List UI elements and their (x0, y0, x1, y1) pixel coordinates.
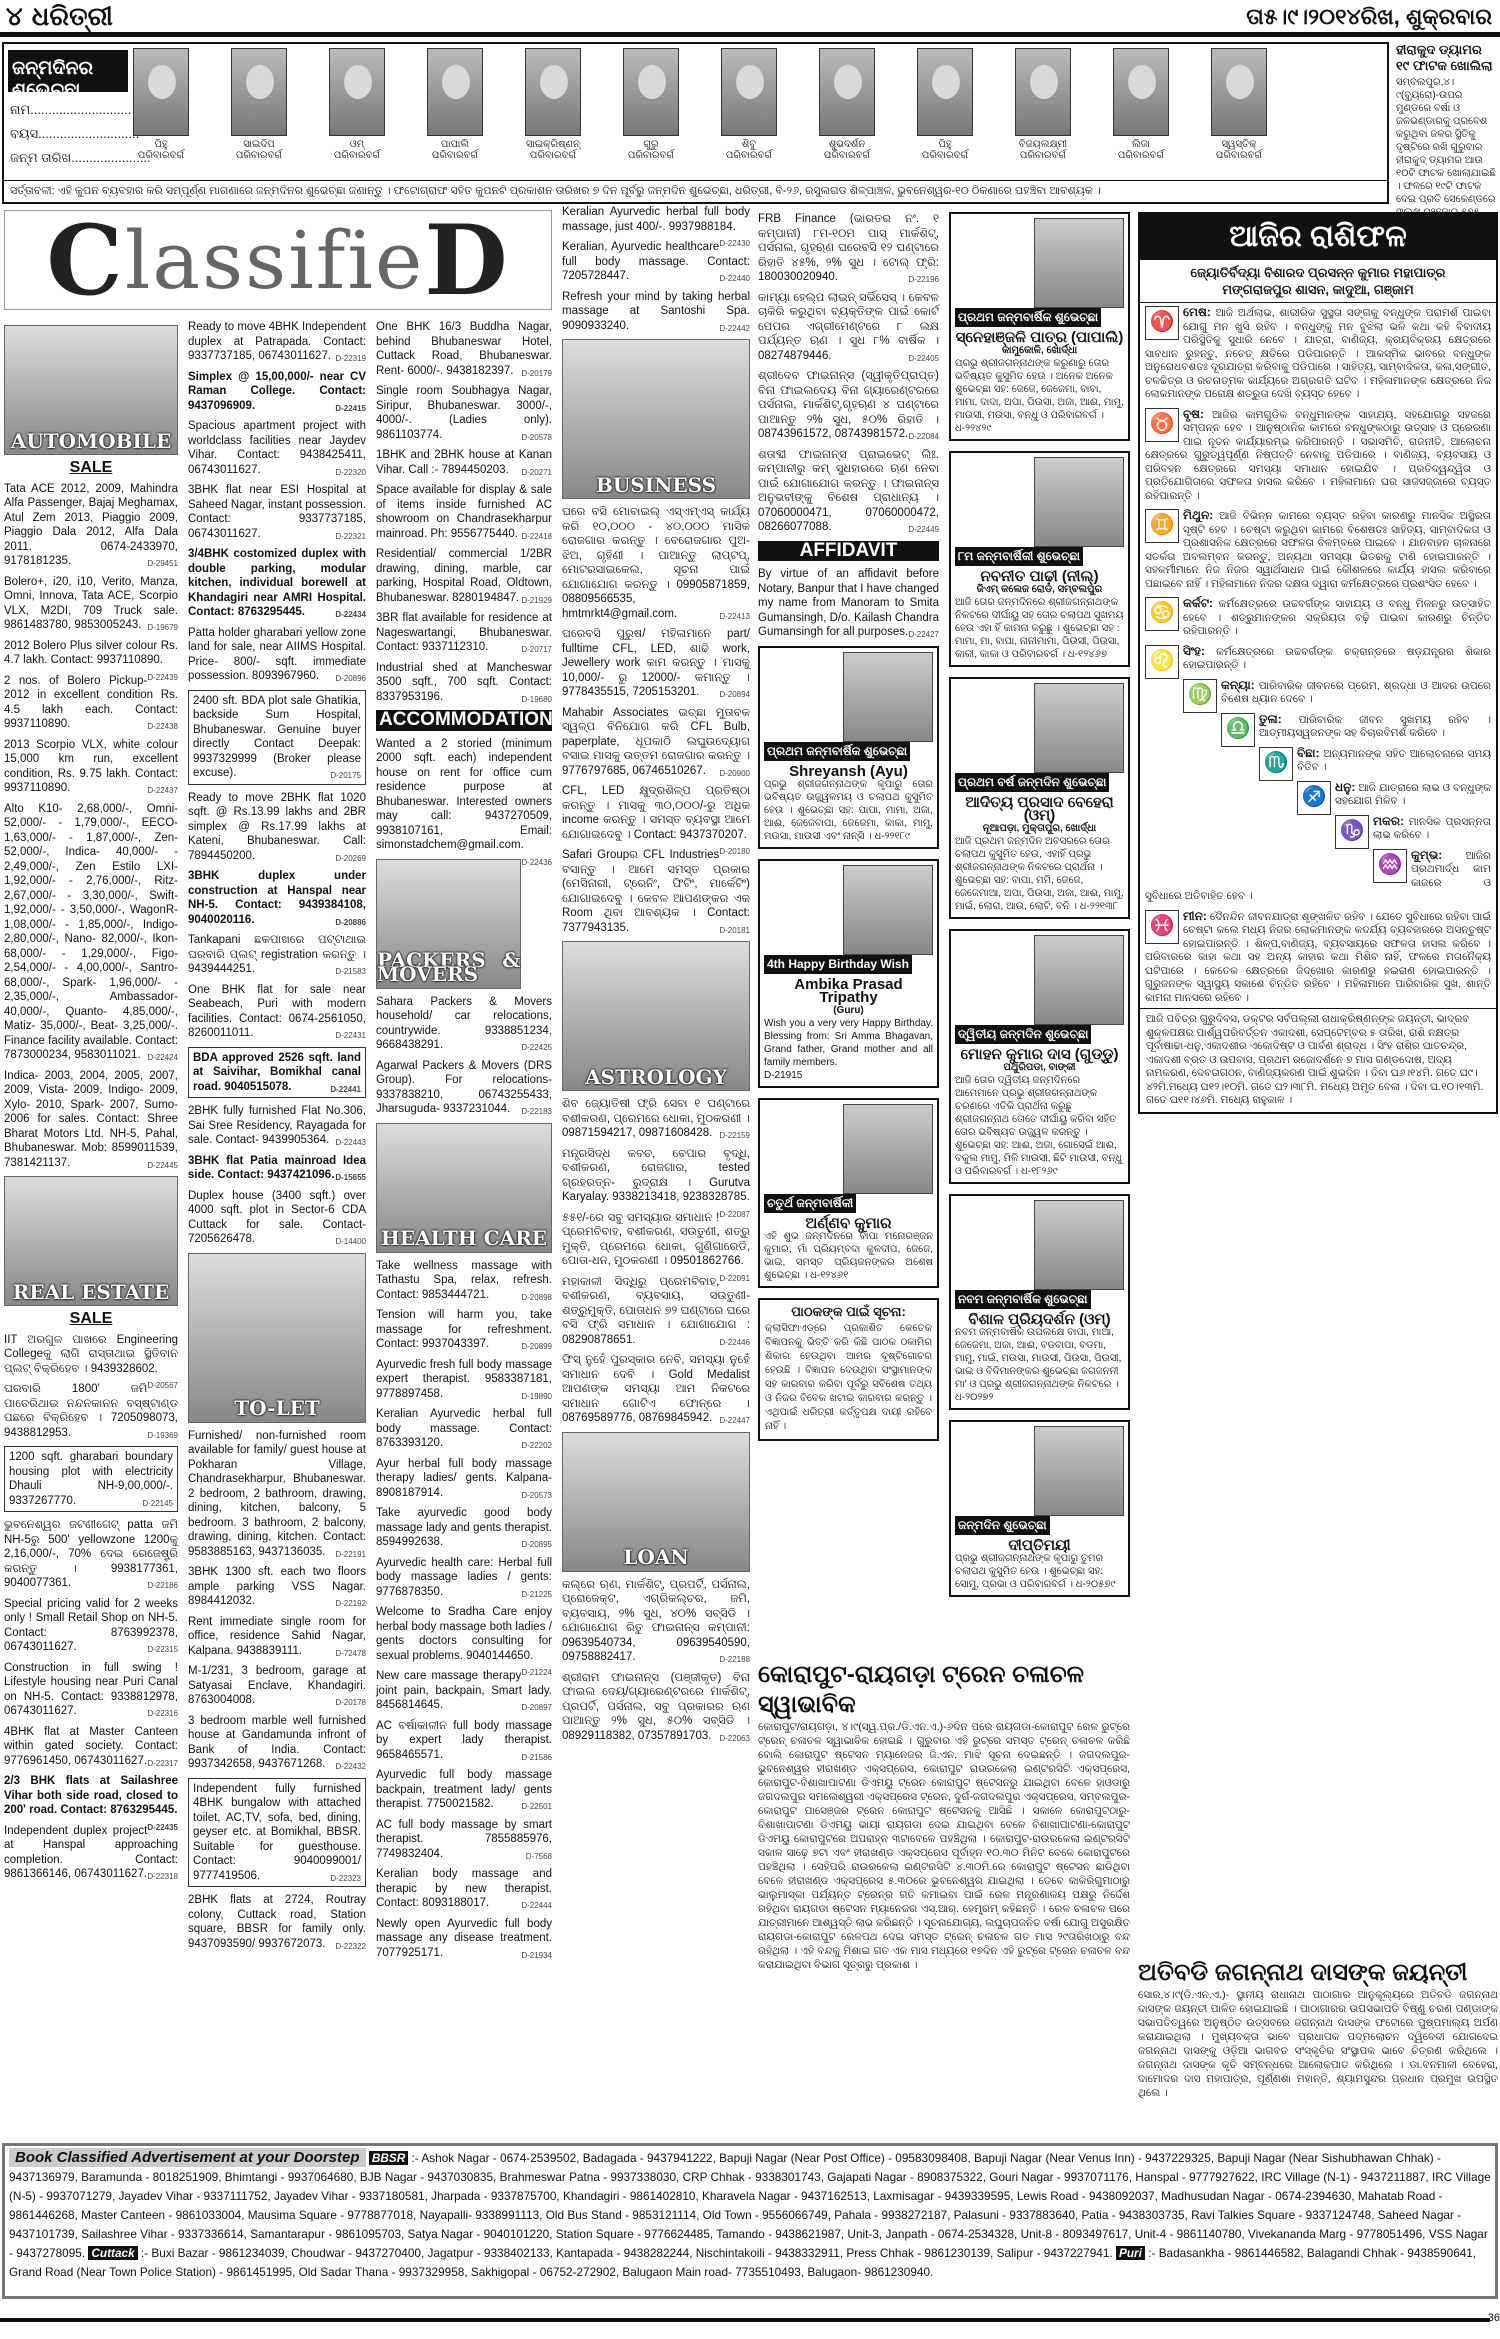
classified-ad: କାମ୍ୟା ହେଲ୍ପ ଲାଇନ୍ ସର୍ଭିସେସ୍ । କେବଳ ଚାକି… (758, 291, 939, 364)
greeting-message: ପ୍ରଭୁ ଶ୍ରୀଜଗନ୍ନାଥଙ୍କ କୃପାରୁ ତୁମର ଚଲାପଥ କ… (955, 1552, 1124, 1591)
kid-family: ପରିବାରବର୍ଗ (628, 150, 674, 161)
notice-title: ପାଠକଙ୍କ ପାଇଁ ସୂଚନା: (765, 1305, 932, 1319)
real-estate-banner: REAL ESTATE (4, 1176, 178, 1306)
greetings-right: ପ୍ରଥମ ଜନ୍ମବାର୍ଷିକ ଶୁଭେଚ୍ଛାସ୍ନେହାଞ୍ଜଳି ପା… (949, 212, 1130, 1607)
ad-code: D-20175 (330, 769, 361, 784)
kid-photo (1015, 48, 1071, 136)
business-ads: ଘରେ ବସି ମୋବାଇଲ୍ ଏସ୍ଏମ୍ଏସ୍ କାର୍ଯ୍ୟ କରି ୧୦… (562, 505, 750, 935)
section-sale-2: SALE (4, 1312, 178, 1327)
classified-ad: Single room Soubhagya Nagar, Siripur, Bh… (376, 384, 552, 442)
ad-text: ଘରେ ବସି ମୋବାଇଲ୍ ଏସ୍ଏମ୍ଏସ୍ କାର୍ଯ୍ୟ କରି ୧୦… (562, 506, 750, 620)
kid-family: ପରିବାରବର୍ଗ (824, 150, 870, 161)
automobile-ads: Tata ACE 2012, 2009, Mahindra Alfa Passe… (4, 482, 178, 1171)
coupon-terms: ସର୍ତ୍ତାବଳୀ: ଏହି କୁପନ ବ୍ୟବହାର କରି ସମ୍ପୂର୍… (4, 180, 1387, 202)
classified-ad: ଭୁବନେଶ୍ୱର ଜଟଣୀଗେଟ୍ patta ଜମି NH-5ରୁ 500'… (4, 1518, 178, 1591)
kid-card: ସାଇକ୍ରିଷ୍ଣନ୍ପରିବାରବର୍ଗ (524, 48, 582, 172)
classified-ad: ଶ୍ରୀଦେବ ଫାଇନାନ୍ସ (ସ୍ୱୀକୃତିପ୍ରାପ୍ତ) ବିନା … (758, 369, 939, 442)
classified-ad: Patta holder gharabari yellow zone land … (188, 626, 366, 684)
logo-d: D (424, 204, 509, 317)
kid-photo (1211, 48, 1267, 136)
coupon-title: ଜନ୍ମଦିନର ଶୁଭେଚ୍ଛା (8, 50, 128, 92)
ad-code: D-19680 (521, 693, 552, 708)
ad-code: D-22425 (521, 1041, 552, 1056)
ad-text: Welcome to Sradha Care enjoy herbal body… (376, 1606, 552, 1662)
classified-ad: Ready to move 4BHK Independent duplex at… (188, 320, 366, 364)
ad-code: D-22501 (521, 1800, 552, 1815)
classified-ad: Newly open Ayurvedic full body massage a… (376, 1917, 552, 1961)
notice-text: କ୍ଲାସିଫାଏଡ୍‌ରେ ପ୍ରକାଶିତ କେତେକ ବିଜ୍ଞାପନକୁ… (765, 1322, 932, 1434)
booking-box: Book Classified Advertisement at your Do… (2, 2143, 1498, 2299)
to-let-banner: TO-LET (188, 1253, 366, 1423)
greeting-message: ପ୍ରଭୁ ଶ୍ରୀଜଗନ୍ନାଥଙ୍କ କରୁଣାରୁ ତୋର ଭବିଷ୍ୟତ… (955, 357, 1124, 435)
packers-ads: Sahara Packers & Movers household/ car r… (376, 995, 552, 1117)
ad-text: IIT ଅରଗୁଳ ପାଖରେ Engineering Collegeକୁ ଲା… (4, 1334, 178, 1375)
classified-ad: ଫିସ୍ ନୁହେଁ ପୁରସ୍କାର ନେବି, ସମସ୍ୟା ନୁହେଁ ସ… (562, 1353, 750, 1426)
greeting-tag: ପ୍ରଥମ ଜନ୍ମବାର୍ଷିକ ଶୁଭେଚ୍ଛା (955, 308, 1101, 327)
column-tolet-3: One BHK 16/3 Buddha Nagar, behind Bhuban… (376, 320, 552, 1966)
ad-code: D-19369 (147, 1429, 178, 1444)
page-header: ୪ ଧରିତ୍ରୀ ତା୫।୯।୨୦୧୪ରିଖ, ଶୁକ୍ରବାର (0, 0, 1500, 34)
ad-code: D-22431 (335, 1029, 366, 1044)
classified-ad: CFL, LED କ୍ଷୁଦ୍ରଶିଳ୍ପ ପ୍ରତିଷ୍ଠା କରନ୍ତୁ ।… (562, 784, 750, 842)
greeting-photo (1034, 457, 1124, 547)
ad-code: D-22430 (719, 237, 750, 252)
ad-code: D-22321 (335, 530, 366, 545)
ad-code: D-22446 (719, 1336, 750, 1351)
kid-family: ପରିବାରବର୍ଗ (1216, 150, 1262, 161)
kid-name: ଓମ୍ (350, 139, 364, 150)
zodiac-entry: ♎ତୁଳା: ପାରିବାରିକ ଜୀବନ ସୁଖମୟ ରହିବ । ଆତ୍ମୀ… (1140, 710, 1496, 744)
classified-ad: AC ବର୍ଷାକାଳୀନ full body massage by exper… (376, 1719, 552, 1763)
greeting-photo (1034, 1426, 1124, 1516)
classified-ad: AC full body massage by smart therapist.… (376, 1818, 552, 1862)
finance-ads: FRB Finance (ଭାରତର ନଂ. ୧ କମ୍ପାନୀ) ୮ମ-୧୦ମ… (758, 212, 939, 535)
ad-code: D-7568 (526, 1850, 552, 1865)
ad-code: D-22432 (335, 1760, 366, 1775)
ad-code: D-20269 (335, 852, 366, 867)
zodiac-name: ମିଥୁନ: (1183, 508, 1213, 522)
ad-code: D-22418 (521, 530, 552, 545)
kid-card: ଶୁଭଦର୍ଶନପରିବାରବର୍ଗ (818, 48, 876, 172)
business-banner: BUSINESS (562, 339, 750, 499)
kid-card: ସାଇଦିପପରିବାରବର୍ଗ (230, 48, 288, 172)
zodiac-name: ତୁଳା: (1259, 712, 1282, 726)
ad-text: ଶତାବ୍ଦୀ ଫାଇନାନ୍ସ ପ୍ରାଇଭେଟ୍ ଲିଃ. କମ୍ପାନୀର… (758, 449, 939, 534)
kid-family: ପରିବାରବର୍ଗ (726, 150, 772, 161)
greeting-name: Ambika Prasad Tripathy (764, 974, 933, 1004)
ad-text: କଲ୍‌ରେ ଋଣ, ମାର୍କଶିଟ୍, ପ୍ରପର୍ଟି, ପର୍ସନାଲ,… (562, 1579, 750, 1664)
ad-code: D-22191 (335, 1548, 366, 1563)
kid-card: ଓମ୍ପରିବାରବର୍ଗ (328, 48, 386, 172)
classified-ad: Furnished/ non-furnished room available … (188, 1429, 366, 1560)
ad-text: 2400 sft. BDA plot sale Ghatikia, backsi… (193, 695, 361, 780)
ad-text: 2012 Bolero Plus silver colour Rs. 4.7 l… (4, 640, 178, 667)
news-body: କୋରାପୁଟ/ରାୟଗଡ଼ା, ୪।୯(ସ୍ୱ.ପ୍ର./ଡି.ଏନ.ଏ.)-… (758, 1720, 1130, 1972)
finance-column: FRB Finance (ଭାରତର ନଂ. ୧ କମ୍ପାନୀ) ୮ମ-୧୦ମ… (758, 212, 939, 1607)
ad-code: D-15655 (335, 1171, 366, 1186)
classified-ad: କଲ୍‌ରେ ଋଣ, ମାର୍କଶିଟ୍, ପ୍ରପର୍ଟି, ପର୍ସନାଲ,… (562, 1578, 750, 1665)
kid-family: ପରିବାରବର୍ଗ (432, 150, 478, 161)
greeting-photo (1034, 935, 1124, 1025)
zodiac-name: ମେଷ: (1183, 305, 1211, 319)
classified-ad: 3BR flat available for residence at Nage… (376, 611, 552, 655)
ad-text: ମନ୍ତ୍ରସିଦ୍ଧ କବଚ, ବେପାର ବୃଦ୍ଧି, ବଶୀକରଣ, ର… (562, 1148, 750, 1204)
ad-code: D-14400 (335, 1235, 366, 1250)
zodiac-text: କର୍ମକ୍ଷେତ୍ରରେ ଉଚ୍ଚବର୍ଗଙ୍କ ଚକ୍ରାନ୍ତରେ ଷଡ଼… (1183, 646, 1491, 672)
ad-code: D-20886 (335, 916, 366, 931)
astrologer-info: ଜ୍ୟୋତିର୍ବିଦ୍ୟା ବିଶାରଦ ପ୍ରସନ୍ନ କୁମାର ମହାପ… (1140, 260, 1496, 303)
ad-code: D-22320 (335, 466, 366, 481)
booking-title: Book Classified Advertisement at your Do… (9, 2148, 366, 2167)
news-headline: କୋରାପୁଟ-ରାୟଗଡ଼ା ଟ୍ରେନ ଚଳାଚଳ ସ୍ୱାଭାବିକ (758, 1660, 1130, 1720)
classified-ad: Welcome to Sradha Care enjoy herbal body… (376, 1605, 552, 1663)
ad-code: D-22319 (335, 352, 366, 367)
greeting-name: ଅର୍ଣ୍ଣବ କୁମାର (764, 1213, 933, 1230)
classified-ad: 3 bedroom marble well furnished house at… (188, 1714, 366, 1772)
ad-code: D-22424 (147, 1051, 178, 1066)
ad-code: D-20567 (147, 1379, 178, 1394)
ad-code: D-20271 (521, 466, 552, 481)
classified-ad: Construction in full swing ! Lifestyle h… (4, 1661, 178, 1719)
zodiac-entry: ♑ମକର: ମାନସିକ ପ୍ରସନ୍ନତା ଲାଭ କରିବେ । (1140, 812, 1496, 846)
astrologer-address: ମଙ୍ଗରାଜପୁର ଶାସନ, କାଦୁଆ, ଗଞ୍ଜାମ (1144, 281, 1492, 298)
classified-ad: Ayurvedic full body massage backpain, tr… (376, 1768, 552, 1812)
zodiac-list: ♈ମେଷ: ଆଜି ଅର୍ଥଲାଭ, ଶାରୀରିକ ସୁସ୍ଥତା ସଙ୍ଗକ… (1140, 303, 1496, 1008)
ad-code: D-22413 (719, 610, 750, 625)
coupon-field-name: ନାମ............................ (10, 102, 131, 118)
kid-name: ଗୁରୁ (643, 139, 658, 150)
zodiac-entry: ♐ଧନୁ: ଆଜି ଯାତ୍ରାରେ ଲାଭ ଓ ବନ୍ଧୁଙ୍କ ସହଯୋଗ … (1140, 778, 1496, 812)
classified-ad: Safari Groupର CFL Industries ବସାନ୍ତୁ । ଆ… (562, 848, 750, 935)
rashifal-title: ଆଜିର ରାଶିଫଳ (1140, 214, 1496, 260)
zodiac-icon: ♎ (1221, 713, 1255, 747)
ad-code: D-20894 (719, 688, 750, 703)
region-tag-cuttack: Cuttack (88, 2246, 137, 2260)
astrology-banner: ASTROLOGY (562, 941, 750, 1091)
kid-card: ପାପାଲିପରିବାରବର୍ଗ (426, 48, 484, 172)
ad-code: D-20896 (335, 672, 366, 687)
classified-ad: Special pricing valid for 2 weeks only !… (4, 1597, 178, 1655)
zodiac-icon: ♊ (1145, 509, 1179, 543)
greeting-location: ନୂଆପଡ଼ା, ମୁକ୍ତାପୁର, ଖୋର୍ଦ୍ଧା (955, 822, 1124, 835)
ad-code: D-22145 (142, 1497, 173, 1512)
ad-code: D-22087 (719, 1208, 750, 1223)
ad-code: D-22442 (719, 322, 750, 337)
ad-code: D-19679 (147, 621, 178, 636)
ad-code: D-29451 (147, 557, 178, 572)
greeting-tag: 4th Happy Birthday Wish (764, 955, 912, 974)
greeting-photo (843, 652, 933, 742)
ad-code: D-22434 (335, 608, 366, 623)
classified-ad: Keralian body massage and therapic by ne… (376, 1867, 552, 1911)
ad-code: D-20578 (521, 431, 552, 446)
greeting-card: ଚତୁର୍ଥ ଜନ୍ମବାର୍ଷିକୀଅର୍ଣ୍ଣବ କୁମାରଏହି ଶୁଭ … (758, 1098, 939, 1288)
zodiac-icon: ♉ (1145, 408, 1179, 442)
affidavit-heading: AFFIDAVIT (758, 541, 939, 562)
classified-ad: 3/4BHK costomized duplex with double par… (188, 547, 366, 620)
greeting-message: ପ୍ରଭୁ ଶ୍ରୀଜଗନ୍ନାଥଙ୍କ କୃପାରୁ ତୋର ଭବିଷ୍ୟତ … (764, 778, 933, 843)
ad-code: D-20895 (521, 1538, 552, 1553)
classified-logo: ClassifieD (4, 210, 552, 310)
classified-ad: Take ayurvedic good body massage lady an… (376, 1506, 552, 1550)
zodiac-icon: ♏ (1259, 747, 1293, 781)
footer-rule (0, 2318, 1490, 2322)
ad-code: D-19890 (521, 1390, 552, 1405)
accommodation-heading: ACCOMMODATION (376, 710, 552, 731)
ad-code: D-21586 (521, 1751, 552, 1766)
kid-photo-strip: ପିହୁପରିବାରବର୍ଗସାଇଦିପପରିବାରବର୍ଗଓମ୍ପରିବାରବ… (132, 48, 1382, 172)
greeting-photo (1034, 1200, 1124, 1290)
ad-code: D-22405 (908, 352, 939, 367)
kid-family: ପରିବାରବର୍ଗ (1118, 150, 1164, 161)
kid-photo (819, 48, 875, 136)
classified-ad: Keralian Ayurvedic herbal full body mass… (376, 1407, 552, 1451)
greeting-card: ପ୍ରଥମ ବର୍ଷ ଜନ୍ମଦିନ ଶୁଭେଚ୍ଛାଆଦିତ୍ୟ ପ୍ରସାଦ… (949, 677, 1130, 919)
classified-ad: Duplex house (3400 sqft.) over 4000 sqft… (188, 1189, 366, 1247)
panjika: ଆଜି ପବିତ୍ର ଗୁରୁଦିବସ, ଡକ୍ଟର ସର୍ବପଲ୍ଲୀ ରାଧ… (1140, 1008, 1496, 1112)
kid-family: ପରିବାରବର୍ଗ (236, 150, 282, 161)
region-entries: Buxi Bazar - 9861234039, Choudwar - 9437… (151, 2246, 1112, 2260)
classified-ad: ଘରେବସି ପୁରୁଷ/ ମହିଳାମାନେ part/ fulltime C… (562, 627, 750, 700)
classified-ad: One BHK 16/3 Buddha Nagar, behind Bhuban… (376, 320, 552, 378)
astrologer-name: ଜ୍ୟୋତିର୍ବିଦ୍ୟା ବିଶାରଦ ପ୍ରସନ୍ନ କୁମାର ମହାପ… (1144, 264, 1492, 281)
kid-name: ପାପାଲି (441, 139, 469, 150)
booking-regions: BBSR :- Ashok Nagar - 0674-2539502, Bada… (9, 2151, 1491, 2279)
greeting-message: ଏହି ଶୁଭ ଜନ୍ମଦିନରେ ବାପା ମନୋରଞ୍ଜନ କୁମାର, ମ… (764, 1230, 933, 1282)
kid-card: ପିହୁପରିବାରବର୍ଗ (132, 48, 190, 172)
loan-banner: LOAN (562, 1432, 750, 1572)
ad-text: Independent fully furnished 4BHK bungalo… (193, 1783, 361, 1882)
zodiac-text: ପାରିବାରିକ ଜୀବନରେ ପ୍ରେମ, ଶ୍ରଦ୍ଧା ଓ ଆଦର ଉପ… (1221, 680, 1491, 706)
kid-name: ସାଇକ୍ରିଷ୍ଣନ୍ (526, 139, 580, 150)
zodiac-text: ଦୈନନ୍ଦିନ ଜୀବନଯାତ୍ରା ଶୃଙ୍ଖଳିତ ରହିବ । ଯେତେ… (1145, 911, 1491, 1004)
zodiac-name: ମକର: (1373, 814, 1404, 828)
zodiac-entry: ♒କୁମ୍ଭ: ଆଜିର ପ୍ରଥମାର୍ଦ୍ଧ କାମ କାଜରେ ଓ ସୁବ… (1140, 846, 1496, 907)
zodiac-name: ବିଛା: (1297, 746, 1320, 760)
classified-ad: One BHK flat for sale near Seabeach, Pur… (188, 983, 366, 1041)
greeting-nickname: (Guru) (764, 1004, 933, 1017)
greeting-tag: ୮ମ ଜନ୍ମବାର୍ଷିକୀ ଶୁଭେଚ୍ଛା (955, 547, 1083, 566)
health-care-ads: Take wellness massage with Tathastu Spa,… (376, 1259, 552, 1961)
kid-name: ବିଜୟଲକ୍ଷ୍ମୀ (1019, 139, 1067, 150)
classified-ad: Mahabir Associates ଇଚ୍ଛା ମୁତାବକ ସ୍ୱଳ୍ପ ବ… (562, 706, 750, 779)
ad-code: D-22447 (719, 1414, 750, 1429)
logo-mid: lassifie (125, 214, 425, 307)
zodiac-icon: ♌ (1145, 645, 1179, 679)
greeting-tag: ପ୍ରଥମ ଜନ୍ମବାର୍ଷିକ ଶୁଭେଚ୍ଛା (764, 742, 910, 761)
classified-ad: 2400 sft. BDA plot sale Ghatikia, backsi… (188, 690, 366, 785)
coupon-field-dob: ଜନ୍ମ ତାରିଖ...................... (10, 150, 151, 166)
zodiac-name: ବୃଷ: (1183, 407, 1204, 421)
classified-ad: ମନ୍ତ୍ରସିଦ୍ଧ କବଚ, ବେପାର ବୃଦ୍ଧି, ବଶୀକରଣ, ର… (562, 1147, 750, 1205)
zodiac-icon: ♈ (1145, 306, 1179, 340)
greeting-photo (1034, 683, 1124, 773)
classified-ad: 3BHK 1300 sft. each two floors ample par… (188, 1565, 366, 1609)
classified-ad: Rent immediate single room for office, r… (188, 1615, 366, 1659)
news-jayanti: ଅତିବଡି ଜଗନ୍ନାଥ ଦାସଙ୍କ ଜୟନ୍ତୀ ସୋର,୪।୯(ଡି.… (1138, 1958, 1498, 2100)
packers-banner: PACKERS & MOVERS (376, 859, 521, 989)
classified-ad: Keralian Ayurvedic herbal full body mass… (562, 205, 750, 234)
classified-ad: Ayurvedic fresh full body massage expert… (376, 1358, 552, 1402)
greeting-message: ଆଜି ତୋର ଜନ୍ମଦିନରେ ଶ୍ରୀଜଗନ୍ନାଥଙ୍କ ନିକଟରେ … (955, 596, 1124, 661)
ad-code: D-22318 (147, 1870, 178, 1885)
zodiac-name: ସିଂହ: (1183, 644, 1205, 658)
zodiac-text: ଆଜି ଯାତ୍ରାରେ ଲାଭ ଓ ବନ୍ଧୁଙ୍କ ସହଯୋଗ ମିଳିବ … (1335, 782, 1491, 808)
classified-ad: ଘରେ ବସି ମୋବାଇଲ୍ ଏସ୍ଏମ୍ଏସ୍ କାର୍ଯ୍ୟ କରି ୧୦… (562, 505, 750, 621)
classified-ad: IIT ଅରଗୁଳ ପାଖରେ Engineering Collegeକୁ ଲା… (4, 1333, 178, 1377)
zodiac-name: କର୍କଟ: (1183, 596, 1213, 610)
greeting-message: ନବମ ଜନ୍ମବାର୍ଷିକ ଉପଲକ୍ଷେ ବାପା, ମାଆ, ଜେଜେମ… (955, 1326, 1124, 1404)
classified-ad: 3BHK flat near ESI Hospital at Saheed Na… (188, 483, 366, 541)
greeting-photo (843, 865, 933, 955)
ad-code: D-20899 (521, 1340, 552, 1355)
zodiac-text: କର୍ମକ୍ଷେତ୍ରରେ ଉଚ୍ଚବର୍ଗଙ୍କ ସାହାଯ୍ୟ ଓ ବନ୍ଧ… (1183, 598, 1491, 637)
health-care-banner: HEALTH CARE (376, 1123, 552, 1253)
ad-code: D-22322 (335, 1940, 366, 1955)
greeting-message: ଆଜି ପ୍ରଥମ ଜନ୍ମଦିନ ଅବସରରେ ତୋର ଚଲାପଥ କୁସୁମ… (955, 835, 1124, 913)
classified-ad: ଶତାବ୍ଦୀ ଫାଇନାନ୍ସ ପ୍ରାଇଭେଟ୍ ଲିଃ. କମ୍ପାନୀର… (758, 448, 939, 535)
greeting-tag: ଦ୍ୱିତୀୟ ଜନ୍ମଦିନ ଶୁଭେଚ୍ଛା (955, 1025, 1091, 1044)
ad-code: D-22192 (335, 1597, 366, 1612)
kid-name: ପିହୁ (154, 139, 167, 150)
ad-text: Indica- 2003, 2004, 2005, 2007, 2009, Vi… (4, 1070, 178, 1169)
ad-code: D-22415 (335, 402, 366, 417)
greeting-photo (1034, 218, 1124, 308)
ad-code: D-22202 (521, 1439, 552, 1454)
ad-code: D-20900 (719, 767, 750, 782)
kid-photo (133, 48, 189, 136)
greeting-location: ଜିଏମ୍ କଲେଜ ରୋଡ, ସମ୍ବଲପୁର (955, 583, 1124, 596)
ad-code: D-22444 (521, 1899, 552, 1914)
zodiac-name: ମୀନ: (1183, 909, 1207, 923)
kid-family: ପରିବାରବର୍ଗ (1020, 150, 1066, 161)
greeting-card: ଜନ୍ମଦିନ ଶୁଭେଚ୍ଛାଦୀପ୍ତିମୟୀପ୍ରଭୁ ଶ୍ରୀଜଗନ୍ନ… (949, 1420, 1130, 1597)
kid-photo (721, 48, 777, 136)
ad-code: D-21583 (335, 965, 366, 980)
zodiac-icon: ♋ (1145, 597, 1179, 631)
classified-ad: ଶିବ ଜ୍ୟୋତିଷୀ ଫ୍ରି ସେବା ୧ ଘଣ୍ଟାରେ ବଶୀକରଣ,… (562, 1097, 750, 1141)
ad-code: D-22063 (719, 1732, 750, 1747)
ad-text: Keralian Ayurvedic herbal full body mass… (562, 206, 750, 233)
ad-code: D-22316 (147, 1707, 178, 1722)
kid-name: ସ୍ୱସ୍ତିକ୍ (1221, 139, 1256, 150)
zodiac-text: ଆଜି ଅର୍ଥଲାଭ, ଶାରୀରିକ ସୁସ୍ଥତା ସଙ୍ଗକୁ ବନ୍ଧ… (1145, 307, 1491, 400)
kid-family: ପରିବାରବର୍ଗ (334, 150, 380, 161)
greeting-message: ଆଜି ତୋର ଦ୍ୱିତୀୟ ଜନ୍ମଦିନରେ ଆମେମାନେ ପ୍ରଭୁ … (955, 1074, 1124, 1178)
classified-ad: Indica- 2003, 2004, 2005, 2007, 2009, Vi… (4, 1069, 178, 1171)
greeting-tag: ଜନ୍ମଦିନ ଶୁଭେଚ୍ଛା (955, 1516, 1050, 1535)
real-estate-ads: IIT ଅରଗୁଳ ପାଖରେ Engineering Collegeକୁ ଲା… (4, 1333, 178, 1882)
ad-code: D-22323 (330, 1872, 361, 1887)
classified-ad: Industrial shed at Mancheswar 3500 sqft.… (376, 661, 552, 705)
zodiac-icon: ♐ (1297, 781, 1331, 815)
ad-code: D-22188 (719, 1653, 750, 1668)
zodiac-icon: ♒ (1373, 849, 1407, 883)
news-headline: ହୀରାକୁଦ ଡ୍ୟାମର ୧୯ ଫାଟକ ଖୋଲିଲା (1396, 42, 1496, 74)
classified-ad: 2/3 BHK flats at Sailashree Vihar both s… (4, 1774, 178, 1818)
column-business: Keralian Ayurvedic herbal full body mass… (562, 205, 750, 1749)
ad-code: D-22449 (908, 523, 939, 538)
kid-card: ଶିବୁପରିବାରବର୍ଗ (720, 48, 778, 172)
classified-ad: Bolero+, i20, i10, Verito, Manza, Omni, … (4, 575, 178, 633)
classified-ad: M-1/231, 3 bedroom, garage at Satyasai E… (188, 1664, 366, 1708)
ad-text: CFL, LED କ୍ଷୁଦ୍ରଶିଳ୍ପ ପ୍ରତିଷ୍ଠା କରନ୍ତୁ ।… (562, 785, 750, 841)
greeting-name: ନବନୀତ ପାଢ଼ୀ (ନୀଲ୍) (955, 566, 1124, 583)
greeting-tag: ଚତୁର୍ଥ ଜନ୍ମବାର୍ଷିକୀ (764, 1194, 856, 1213)
coupon-field-age: ବୟସ............................ (10, 126, 139, 142)
rashifal-box: ଆଜିର ରାଶିଫଳ ଜ୍ୟୋତିର୍ବିଦ୍ୟା ବିଶାରଦ ପ୍ରସନ୍… (1138, 212, 1498, 1114)
zodiac-text: ଅନ୍ୟମାନଙ୍କ ସହିତ ଆଲୋଚନାରେ ସମୟ ବିତିବ । (1297, 748, 1491, 774)
zodiac-entry: ♌ସିଂହ: କର୍ମକ୍ଷେତ୍ରରେ ଉଚ୍ଚବର୍ଗଙ୍କ ଚକ୍ରାନ୍… (1140, 642, 1496, 676)
kid-card: ଲିଜାପରିବାରବର୍ଗ (1112, 48, 1170, 172)
kid-photo (329, 48, 385, 136)
ad-code: D-22317 (147, 1757, 178, 1772)
kid-photo (623, 48, 679, 136)
zodiac-icon: ♍ (1183, 679, 1217, 713)
ad-text: 2/3 BHK flats at Sailashree Vihar both s… (4, 1775, 178, 1816)
classified-ad: Ayurvedic health care: Herbal full body … (376, 1556, 552, 1600)
ad-code: D-22159 (719, 1129, 750, 1144)
ad-code: D-20179 (521, 367, 552, 382)
ad-code: D-20178 (335, 1696, 366, 1711)
classified-ad: Spacious apartment project with worldcla… (188, 419, 366, 477)
ad-code: D-20180 (719, 845, 750, 860)
header-rule (0, 32, 1500, 37)
ad-code: D-22196 (908, 273, 939, 288)
ad-code: D-22436 (521, 856, 552, 871)
massage-ads: Keralian Ayurvedic herbal full body mass… (562, 205, 750, 333)
zodiac-text: ଆଜିର କାମଗୁଡିକ ବନ୍ଧୁମାନଙ୍କ ସାହାଯ୍ୟ, ସହଯୋଗ… (1145, 409, 1491, 502)
classified-ad: Tata ACE 2012, 2009, Mahindra Alfa Passe… (4, 482, 178, 569)
greeting-card: ନବମ ଜନ୍ମବାର୍ଷିକ ଶୁଭେଚ୍ଛାବିଶାଳ ପ୍ରିୟଦର୍ଶନ… (949, 1194, 1130, 1410)
classified-ad: 3BHK duplex under construction at Hanspa… (188, 869, 366, 927)
greeting-message: Wish you a very very Happy Birthday. Ble… (764, 1017, 933, 1069)
classified-ad: Agarwal Packers & Movers (DRS Group). Fo… (376, 1059, 552, 1117)
logo-c: C (46, 204, 124, 317)
classified-ad: Simplex @ 15,00,000/- near CV Raman Coll… (188, 370, 366, 414)
zodiac-entry: ♈ମେଷ: ଆଜି ଅର୍ଥଲାଭ, ଶାରୀରିକ ସୁସ୍ଥତା ସଙ୍ଗକ… (1140, 303, 1496, 405)
greeting-name: Shreyansh (Ayu) (764, 761, 933, 778)
kid-photo (917, 48, 973, 136)
classified-ad: 2BHK flats at 2724, Routray colony, Cutt… (188, 1893, 366, 1951)
ad-text: Alto K10- 2,68,000/-, Omni- 52,000/- - 1… (4, 803, 178, 1062)
kid-photo (1113, 48, 1169, 136)
classified-ad: Wanted a 2 storied (minimum 2000 sqft. e… (376, 737, 552, 853)
kid-name: ପିହୁ (938, 139, 951, 150)
kid-card: ପିହୁପରିବାରବର୍ଗ (916, 48, 974, 172)
astrology-ads: ଶିବ ଜ୍ୟୋତିଷୀ ଫ୍ରି ସେବା ୧ ଘଣ୍ଟାରେ ବଶୀକରଣ,… (562, 1097, 750, 1426)
kid-name: ଶିବୁ (742, 139, 756, 150)
page-date: ତା୫।୯।୨୦୧୪ରିଖ, ଶୁକ୍ରବାର (1246, 4, 1492, 30)
ad-code: D-22091 (719, 1272, 750, 1287)
ad-code: D-22445 (147, 1159, 178, 1174)
greeting-tag: ନବମ ଜନ୍ମବାର୍ଷିକ ଶୁଭେଚ୍ଛା (955, 1290, 1091, 1309)
ad-code: D-20181 (719, 924, 750, 939)
zodiac-entry: ♊ମିଥୁନ: ଆଜି ବିଭିନ୍ନ କାମରେ ବ୍ୟସ୍ତ ରହିବା କ… (1140, 506, 1496, 594)
birthday-coupon: ଜନ୍ମଦିନର ଶୁଭେଚ୍ଛା ନାମ...................… (2, 42, 1389, 204)
classified-ad: Take wellness massage with Tathastu Spa,… (376, 1259, 552, 1303)
region-tag-puri: Puri (1116, 2246, 1145, 2260)
greeting-tag: ପ୍ରଥମ ବର୍ଷ ଜନ୍ମଦିନ ଶୁଭେଚ୍ଛା (955, 773, 1109, 792)
classified-ad: Sahara Packers & Movers household/ car r… (376, 995, 552, 1053)
ad-code: D-22440 (719, 272, 750, 287)
ad-code: D-22183 (521, 1105, 552, 1120)
ad-code: D-22437 (147, 784, 178, 799)
affidavit-ad: By virtue of an affidavit before Notary,… (758, 567, 939, 640)
column-realestate-2: Ready to move 4BHK Independent duplex at… (188, 320, 366, 1957)
classified-ad: Independent fully furnished 4BHK bungalo… (188, 1778, 366, 1888)
greeting-photo (843, 1104, 933, 1194)
